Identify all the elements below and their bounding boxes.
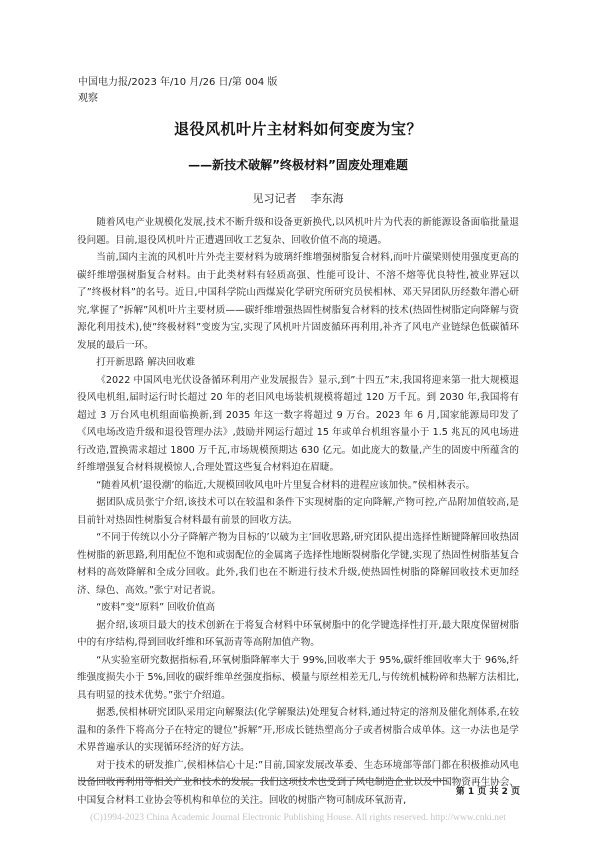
section-label: 观察	[78, 91, 277, 107]
article-title: 退役风机叶片主材料如何变废为宝？	[0, 118, 596, 139]
byline-name: 李东海	[311, 192, 344, 205]
paragraph: 随着风电产业规模化发展,技术不断升级和设备更新换代,以风机叶片为代表的新能源设备…	[77, 214, 519, 249]
paragraph: “不同于传统以小分子降解产物为目标的’以破为主’回收思路,研究团队提出选择性断键…	[77, 529, 519, 599]
paragraph: 当前,国内主流的风机叶片外壳主要材料为玻璃纤维增强树脂复合材料,而叶片碳梁则使用…	[77, 249, 519, 354]
source-line: 中国电力报/2023 年/10 月/26 日/第 004 版 观察	[78, 75, 277, 107]
section-heading: 打开新思路 解决回收难	[77, 354, 519, 372]
copyright-notice: (C)1994-2023 China Academic Journal Elec…	[0, 813, 596, 823]
paragraph: 据介绍,该项目最大的技术创新在于将复合材料中环氧树脂中的化学键选择性打开,最大限…	[77, 617, 519, 652]
article-body: 随着风电产业规模化发展,技术不断升级和设备更新换代,以风机叶片为代表的新能源设备…	[77, 214, 519, 809]
paragraph: 据悉,侯相林研究团队采用定向解聚法(化学解聚法)处理复合材料,通过特定的溶剂及催…	[77, 704, 519, 757]
article-subtitle: ——新技术破解”终极材料”固废处理难题	[0, 156, 596, 173]
paragraph: “从实验室研究数据指标看,环氧树脂降解率大于 99%,回收率大于 95%,碳纤维…	[77, 652, 519, 705]
footer-divider	[78, 780, 447, 781]
paragraph: 据团队成员张宁介绍,该技术可以在较温和条件下实现树脂的定向降解,产物可控,产品附…	[77, 494, 519, 529]
publication-source: 中国电力报/2023 年/10 月/26 日/第 004 版	[78, 75, 277, 91]
paragraph: 《2022 中国风电光伏设备循环利用产业发展报告》显示,到”十四五”末,我国将迎…	[77, 372, 519, 477]
section-heading: “废料”变“原料” 回收价值高	[77, 599, 519, 617]
byline: 见习记者李东海	[0, 190, 596, 206]
paragraph: “随着风机’退役潮’的临近,大规模回收风电叶片里复合材料的进程应该加快。”侯相林…	[77, 477, 519, 495]
page-indicator: 第 1 页 共 2 页	[380, 784, 520, 797]
byline-role: 见习记者	[253, 192, 297, 205]
paragraph: 对于技术的研发推广,侯相林信心十足:”目前,国家发展改革委、生态环境部等部门都在…	[77, 757, 519, 810]
